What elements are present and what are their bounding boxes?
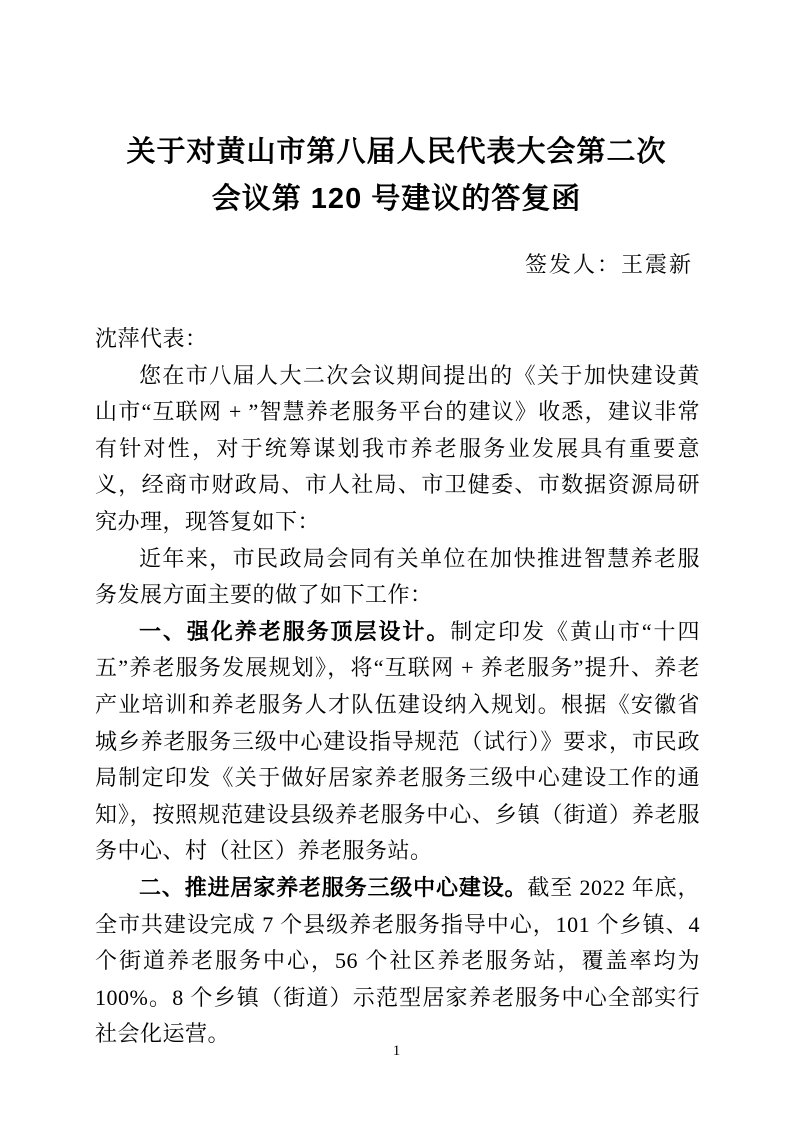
document-title: 关于对黄山市第八届人民代表大会第二次 会议第 120 号建议的答复函 xyxy=(0,0,793,223)
paragraph-section-1: 一、强化养老服务顶层设计。制定印发《黄山市“十四五”养老服务发展规划》，将“互联… xyxy=(95,614,700,870)
signer-label: 签发人： xyxy=(525,252,621,277)
paragraph-section-2: 二、推进居家养老服务三级中心建设。截至 2022 年底，全市共建设完成 7 个县… xyxy=(95,870,700,1053)
paragraph-overview: 近年来，市民政局会同有关单位在加快推进智慧养老服务发展方面主要的做了如下工作： xyxy=(95,541,700,614)
section-1-text: 制定印发《黄山市“十四五”养老服务发展规划》，将“互联网 + 养老服务”提升、养… xyxy=(95,619,700,864)
page-number: 1 xyxy=(0,1042,793,1060)
document-body: 沈萍代表： 您在市八届人大二次会议期间提出的《关于加快建设黄山市“互联网 + ”… xyxy=(0,321,793,1053)
section-1-heading: 一、强化养老服务顶层设计。 xyxy=(139,619,450,644)
title-line-2: 会议第 120 号建议的答复函 xyxy=(0,176,793,223)
salutation: 沈萍代表： xyxy=(95,321,700,358)
signer-line: 签发人：王震新 xyxy=(0,250,793,280)
document-page: 关于对黄山市第八届人民代表大会第二次 会议第 120 号建议的答复函 签发人：王… xyxy=(0,0,793,1122)
signer-name: 王震新 xyxy=(621,252,693,277)
title-line-1: 关于对黄山市第八届人民代表大会第二次 xyxy=(0,129,793,176)
section-2-heading: 二、推进居家养老服务三级中心建设。 xyxy=(139,875,527,900)
section-2-text: 截至 2022 年底，全市共建设完成 7 个县级养老服务指导中心，101 个乡镇… xyxy=(95,875,700,1046)
paragraph-intro: 您在市八届人大二次会议期间提出的《关于加快建设黄山市“互联网 + ”智慧养老服务… xyxy=(95,358,700,541)
